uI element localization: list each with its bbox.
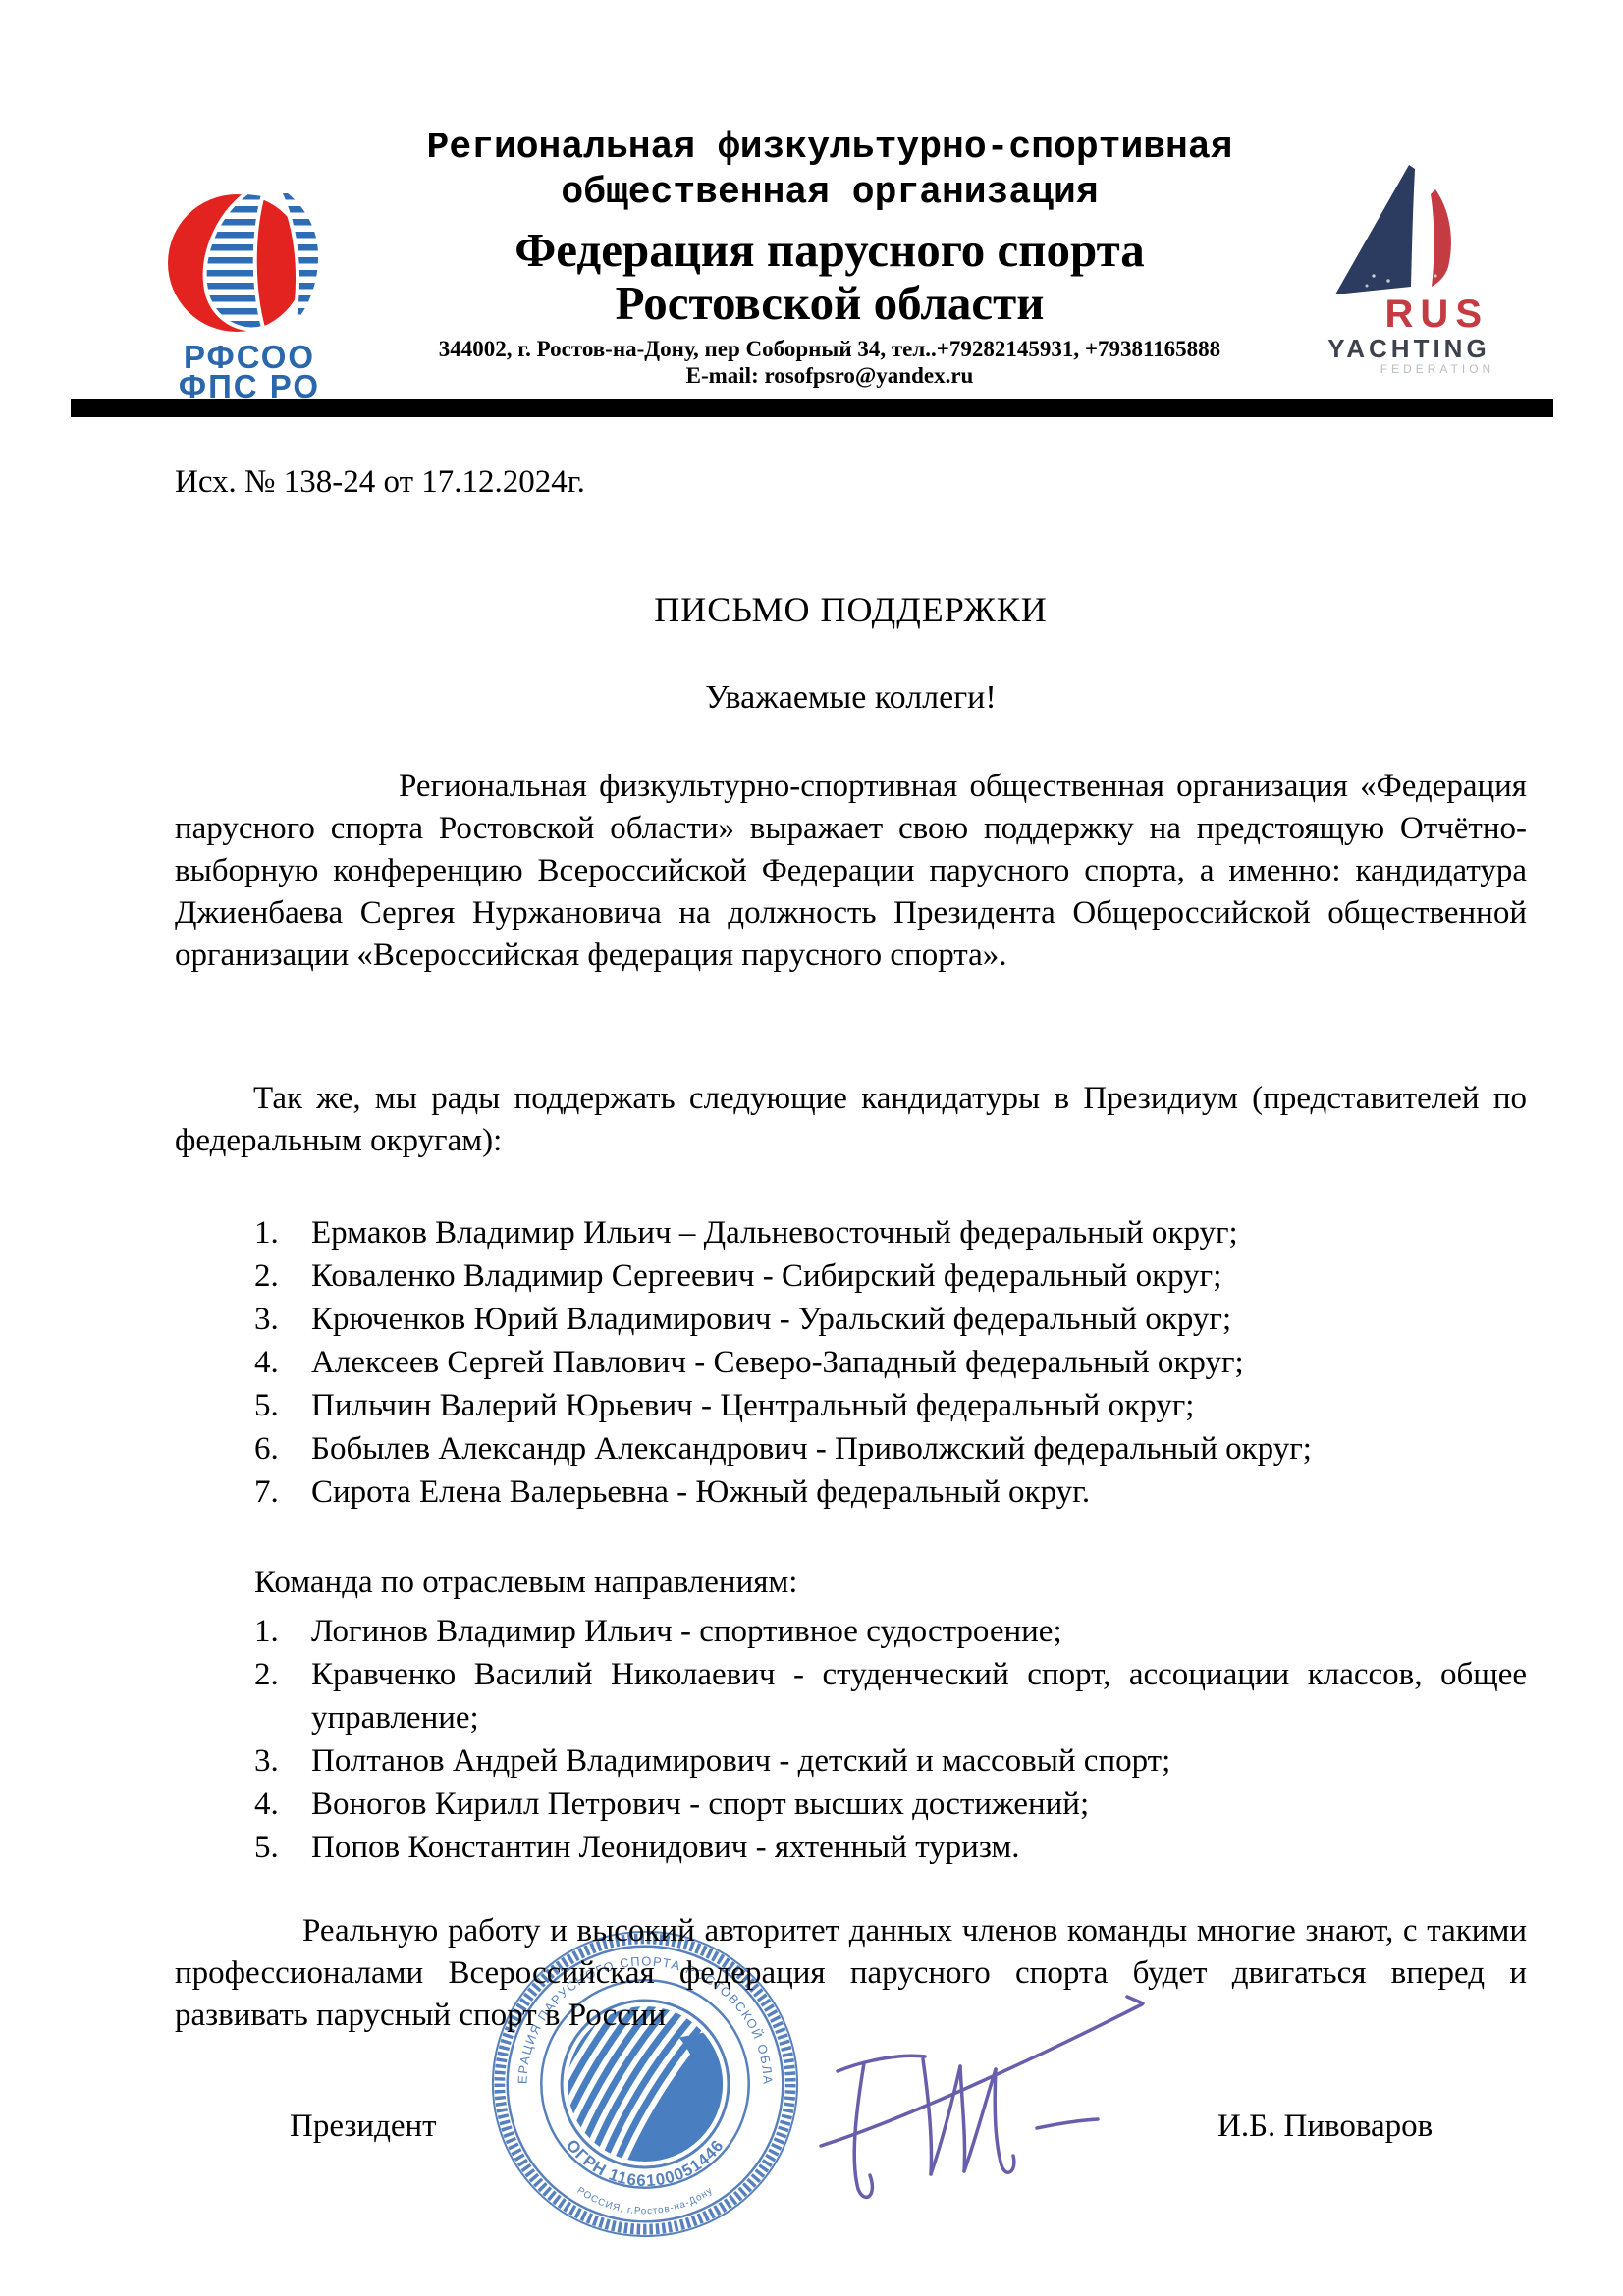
- signer-position: Президент: [290, 2109, 437, 2145]
- list-item: 1. Логинов Владимир Ильич - спортивное с…: [175, 1610, 1527, 1653]
- list-item-number: 7.: [254, 1470, 279, 1514]
- org-name-line1: Федерация парусного спорта: [363, 224, 1296, 277]
- official-stamp: «ФЕДЕРАЦИЯ ПАРУСНОГО СПОРТА РОСТОВСКОЙ О…: [485, 1920, 805, 2248]
- list-item: 3. Крюченков Юрий Владимирович - Уральск…: [175, 1298, 1527, 1341]
- org-email: E-mail: rosofpsro@yandex.ru: [363, 362, 1296, 389]
- header-divider: [71, 399, 1553, 417]
- rus-text: RUS: [1385, 293, 1488, 336]
- list-item-text: Крюченков Юрий Владимирович - Уральский …: [311, 1302, 1231, 1337]
- rfsoo-fps-ro-logo: РФСОО ФПС РО: [153, 165, 347, 405]
- signature-strokes-icon: [813, 1981, 1159, 2218]
- list-item-text: Пильчин Валерий Юрьевич - Центральный фе…: [311, 1388, 1194, 1423]
- salutation: Уважаемые коллеги!: [175, 679, 1527, 717]
- list-item: 4. Воногов Кирилл Петрович - спорт высши…: [175, 1783, 1527, 1826]
- list-item-text: Ермаков Владимир Ильич – Дальневосточный…: [311, 1215, 1238, 1251]
- federation-text: FEDERATION: [1380, 362, 1494, 376]
- list-item: 6. Бобылев Александр Александрович - При…: [175, 1427, 1527, 1470]
- org-type-line1: Региональная физкультурно-спортивная: [363, 126, 1296, 171]
- list-item-text: Полтанов Андрей Владимирович - детский и…: [311, 1743, 1170, 1779]
- yachting-sails-icon: RUS YACHTING FEDERATION: [1320, 163, 1498, 377]
- org-address: 344002, г. Ростов-на-Дону, пер Соборный …: [363, 336, 1296, 362]
- list-item-text: Логинов Владимир Ильич - спортивное судо…: [311, 1614, 1062, 1649]
- list-item: 1. Ермаков Владимир Ильич – Дальневосточ…: [175, 1211, 1527, 1255]
- team-list: 1. Логинов Владимир Ильич - спортивное с…: [175, 1610, 1527, 1869]
- org-type-line2: общественная организация: [363, 171, 1296, 216]
- org-name-line2: Ростовской области: [363, 277, 1296, 330]
- list-item-text: Бобылев Александр Александрович - Привол…: [311, 1431, 1312, 1467]
- list-item-number: 1.: [254, 1211, 279, 1255]
- list-item: 5. Пильчин Валерий Юрьевич - Центральный…: [175, 1384, 1527, 1427]
- signer-name: И.Б. Пивоваров: [1217, 2109, 1433, 2145]
- list-item-number: 6.: [254, 1427, 279, 1470]
- list-item: 2. Кравченко Василий Николаевич - студен…: [175, 1653, 1527, 1739]
- sail-emblem-icon: РФСОО ФПС РО: [153, 165, 347, 400]
- list-item-text: Воногов Кирилл Петрович - спорт высших д…: [311, 1787, 1089, 1822]
- reference-number: Исх. № 138-24 от 17.12.2024г.: [175, 461, 585, 504]
- list-item: 2. Коваленко Владимир Сергеевич - Сибирс…: [175, 1255, 1527, 1298]
- list-item-text: Коваленко Владимир Сергеевич - Сибирский…: [311, 1258, 1221, 1294]
- list-item-number: 5.: [254, 1826, 279, 1869]
- list-item-number: 5.: [254, 1384, 279, 1427]
- round-stamp-icon: «ФЕДЕРАЦИЯ ПАРУСНОГО СПОРТА РОСТОВСКОЙ О…: [485, 1920, 805, 2248]
- list-item-number: 3.: [254, 1298, 279, 1341]
- list-item-text: Кравченко Василий Николаевич - студенчес…: [311, 1657, 1527, 1735]
- team-heading: Команда по отраслевым направлениям:: [254, 1565, 1527, 1601]
- letterhead: Региональная физкультурно-спортивная общ…: [363, 126, 1296, 389]
- handwritten-signature: [813, 1981, 1159, 2218]
- yachting-text: YACHTING: [1327, 334, 1489, 363]
- list-item: 7. Сирота Елена Валерьевна - Южный федер…: [175, 1470, 1527, 1514]
- presidium-list: 1. Ермаков Владимир Ильич – Дальневосточ…: [175, 1211, 1527, 1514]
- list-item-number: 1.: [254, 1610, 279, 1653]
- list-item-number: 2.: [254, 1653, 279, 1696]
- left-logo-text-line2: ФПС РО: [179, 368, 320, 400]
- list-item: 3. Полтанов Андрей Владимирович - детски…: [175, 1739, 1527, 1783]
- list-item-number: 2.: [254, 1255, 279, 1298]
- list-item-text: Алексеев Сергей Павлович - Северо-Западн…: [311, 1345, 1244, 1380]
- list-item: 4. Алексеев Сергей Павлович - Северо-Зап…: [175, 1341, 1527, 1384]
- list-item: 5. Попов Константин Леонидович - яхтенны…: [175, 1826, 1527, 1869]
- list-item-text: Сирота Елена Валерьевна - Южный федераль…: [311, 1474, 1090, 1510]
- letter-page: РФСОО ФПС РО Региональная физкультурно-с…: [0, 0, 1623, 2296]
- list-item-text: Попов Константин Леонидович - яхтенный т…: [311, 1830, 1020, 1865]
- list-item-number: 3.: [254, 1739, 279, 1783]
- list-item-number: 4.: [254, 1341, 279, 1384]
- rus-yachting-logo: RUS YACHTING FEDERATION: [1320, 163, 1498, 382]
- paragraph-support: Региональная физкультурно-спортивная общ…: [175, 766, 1527, 977]
- paragraph-presidium-intro: Так же, мы рады поддержать следующие кан…: [175, 1078, 1527, 1162]
- letter-title: ПИСЬМО ПОДДЕРЖКИ: [175, 589, 1527, 630]
- list-item-number: 4.: [254, 1783, 279, 1826]
